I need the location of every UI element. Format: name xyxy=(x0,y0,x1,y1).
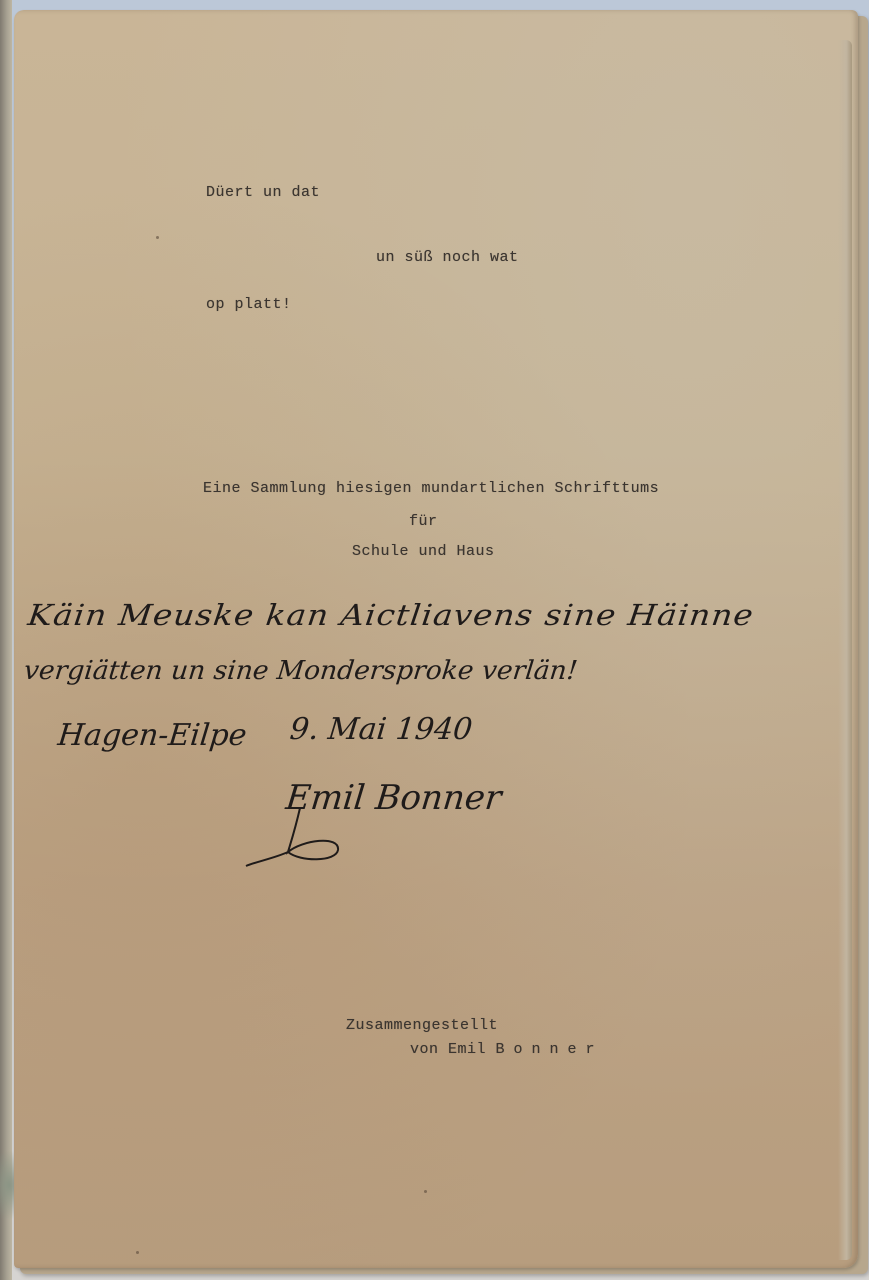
credit-prefix: von Emil xyxy=(410,1041,486,1058)
inscription-place: Hagen-Eilpe xyxy=(56,718,248,753)
inscription-line-1: Käin Meuske kan Aictliavens sine Häinne xyxy=(26,598,756,632)
title-line-3: op platt! xyxy=(206,296,292,313)
title-line-2: un süß noch wat xyxy=(376,249,519,266)
subtitle-line-1: Eine Sammlung hiesigen mundartlichen Sch… xyxy=(203,480,659,497)
binding-edge xyxy=(0,0,12,1280)
paper-speck xyxy=(424,1190,427,1193)
subtitle-line-3: Schule und Haus xyxy=(352,543,495,560)
signature-flourish-icon xyxy=(240,800,360,870)
title-page xyxy=(14,10,858,1268)
paper-speck xyxy=(136,1251,139,1254)
inscription-date: 9. Mai 1940 xyxy=(288,712,474,747)
credit-name: Bonner xyxy=(496,1041,604,1058)
title-line-1: Düert un dat xyxy=(206,184,320,201)
paper-speck xyxy=(156,236,159,239)
credit-line-2: von Emil Bonner xyxy=(410,1041,604,1058)
page-edge xyxy=(838,40,852,1260)
credit-line-1: Zusammengestellt xyxy=(346,1017,498,1034)
inscription-line-2: vergiätten un sine Mondersproke verlän! xyxy=(22,656,579,686)
subtitle-line-2: für xyxy=(409,513,438,530)
